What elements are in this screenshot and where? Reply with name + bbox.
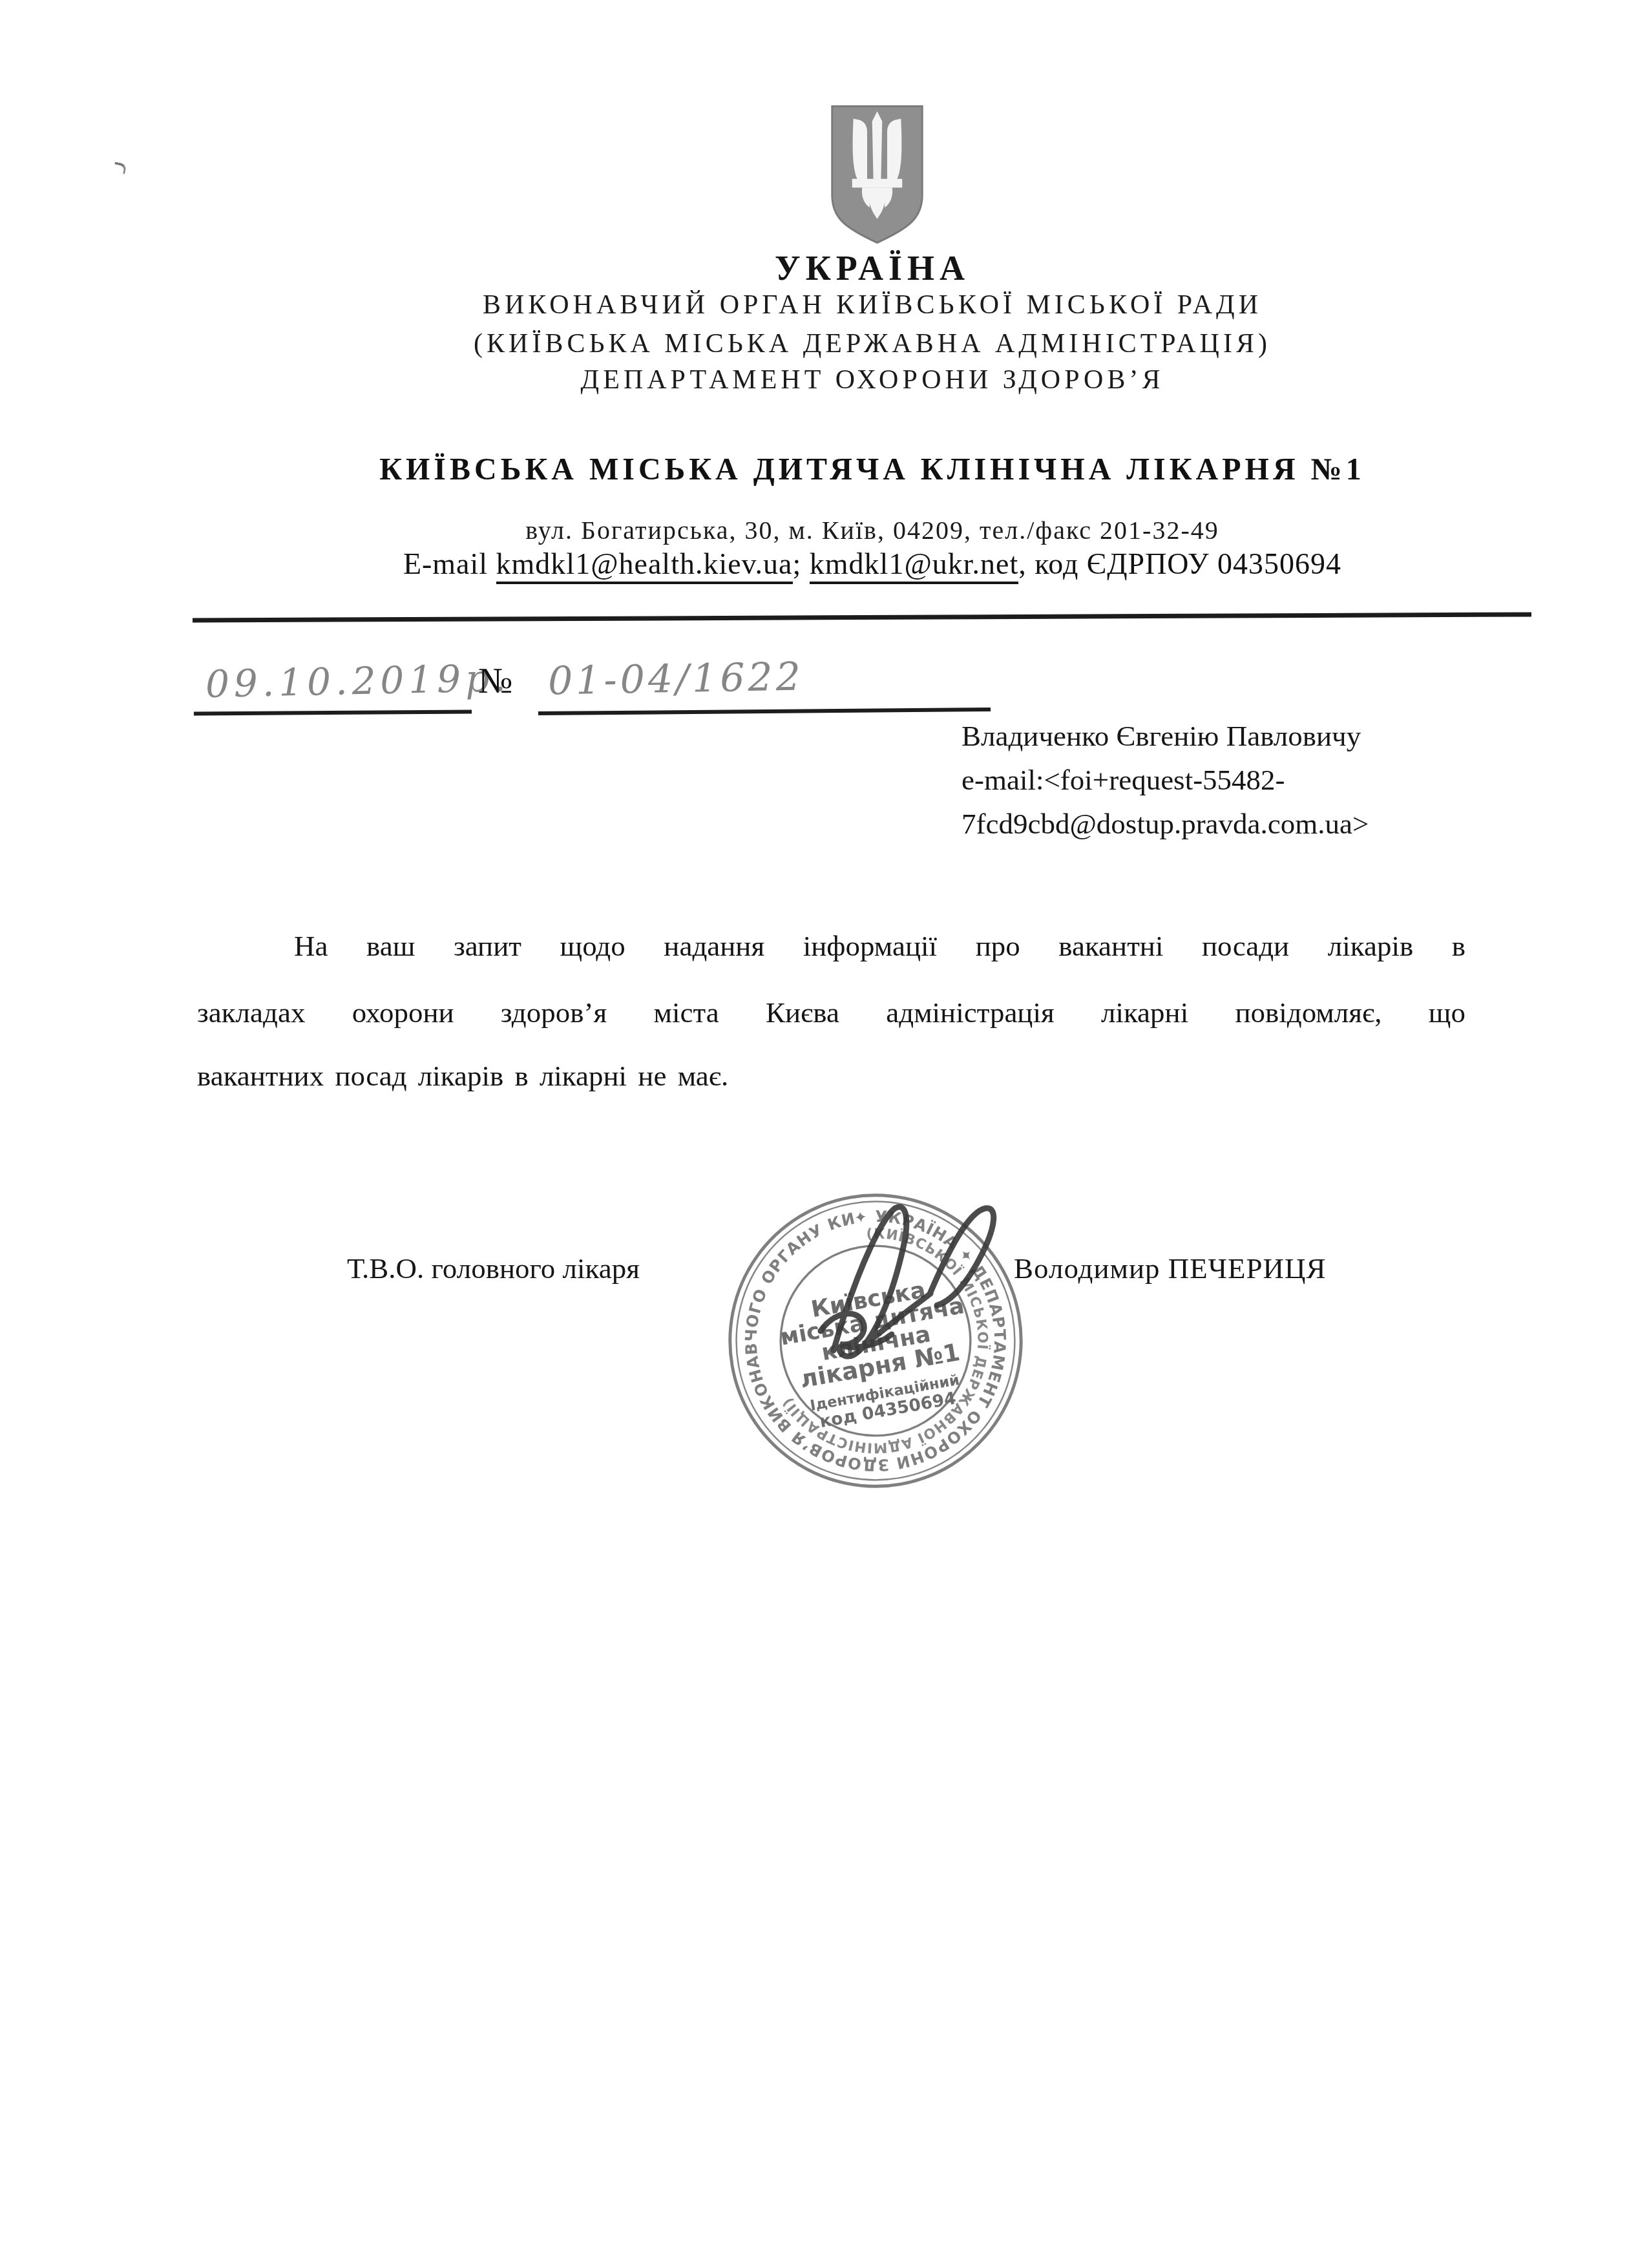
email-label: E-mail: [403, 547, 496, 580]
org-line-3: ДЕПАРТАМЕНТ ОХОРОНИ ЗДОРОВ’Я: [97, 366, 1648, 394]
hospital-name: КИЇВСЬКА МІСЬКА ДИТЯЧА КЛІНІЧНА ЛІКАРНЯ …: [97, 454, 1648, 485]
email-address-1: kmdkl1@health.kiev.ua: [496, 547, 793, 584]
email-line: E-mail kmdkl1@health.kiev.ua; kmdkl1@ukr…: [97, 549, 1648, 579]
email-separator: ;: [793, 547, 810, 580]
body-line-2: закладах охорони здоров’я міста Києва ад…: [197, 994, 1465, 1032]
recipient-block: Владиченко Євгенію Павловичу e-mail:<foi…: [961, 714, 1465, 846]
number-underline: [538, 708, 991, 715]
email-address-2: kmdkl1@ukr.net: [810, 547, 1018, 584]
handwritten-date: 09.10.2019р.: [205, 656, 510, 706]
address-line: вул. Богатирська, 30, м. Київ, 04209, те…: [97, 518, 1648, 543]
scanned-letter-page: УКРАЇНА ВИКОНАВЧИЙ ОРГАН КИЇВСЬКОЇ МІСЬК…: [0, 0, 1649, 2268]
country-title: УКРАЇНА: [97, 251, 1648, 286]
signer-title: Т.В.О. головного лікаря: [347, 1254, 640, 1283]
recipient-email-line-1: e-mail:<foi+request-55482-: [961, 758, 1465, 802]
edrpou-code: , код ЄДРПОУ 04350694: [1018, 547, 1341, 580]
org-line-1: ВИКОНАВЧИЙ ОРГАН КИЇВСЬКОЇ МІСЬКОЇ РАДИ: [97, 291, 1648, 319]
handwritten-number: 01-04/1622: [547, 655, 804, 704]
recipient-name: Владиченко Євгенію Павловичу: [961, 714, 1465, 758]
org-line-2: (КИЇВСЬКА МІСЬКА ДЕРЖАВНА АДМІНІСТРАЦІЯ): [97, 330, 1648, 357]
ukraine-trident-emblem: [827, 102, 927, 247]
scan-speck: [113, 162, 127, 174]
body-line-1: На ваш запит щодо надання інформації про…: [197, 927, 1465, 965]
recipient-email-line-2: 7fcd9cbd@dostup.pravda.com.ua>: [961, 802, 1465, 846]
date-underline: [194, 709, 472, 715]
handwritten-signature: [737, 1157, 1098, 1493]
body-line-3: вакантних посад лікарів в лікарні не має…: [197, 1057, 1465, 1095]
number-sign: №: [478, 663, 512, 699]
header-divider-rule: [193, 612, 1531, 622]
